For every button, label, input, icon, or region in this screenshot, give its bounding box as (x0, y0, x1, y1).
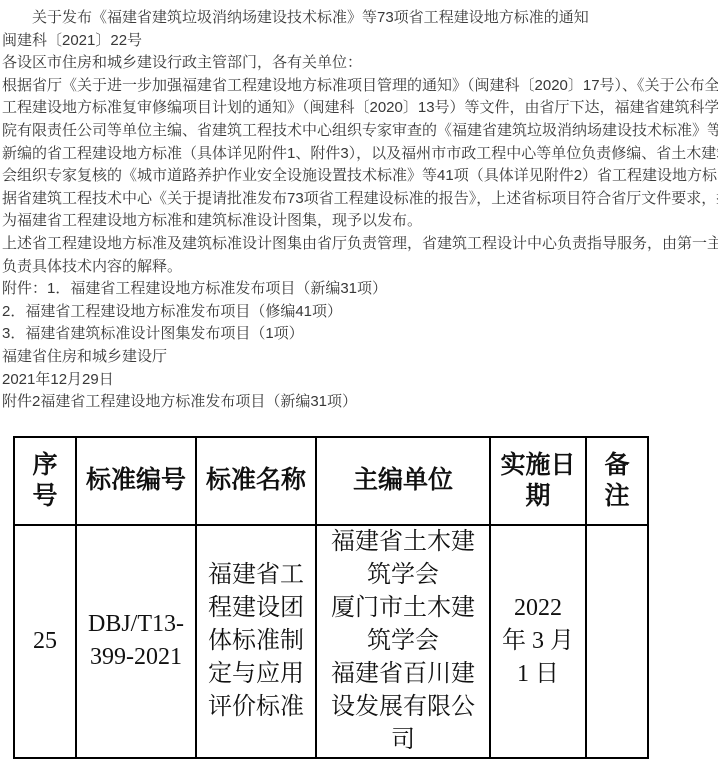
header-cell-impl-date: 实施日 期 (490, 437, 586, 525)
doc-number: 闽建科〔2021〕22号 (2, 30, 718, 53)
cell-remark (586, 525, 648, 758)
header-cell-standard-number: 标准编号 (76, 437, 196, 525)
cell-chief-editor: 福建省土木建 筑学会 厦门市土木建 筑学会 福建省百川建 设发展有限公 司 (316, 525, 490, 758)
attachment-list-item-3: 3．福建省建筑标准设计图集发布项目（1项） (2, 323, 718, 346)
standards-table: 序 号 标准编号 标准名称 主编单位 实施日 期 备 注 25 DBJ/T13-… (13, 436, 649, 759)
addressee-line: 各设区市住房和城乡建设行政主管部门，各有关单位： (2, 52, 718, 75)
header-cell-chief-editor: 主编单位 (316, 437, 490, 525)
body-line: 为福建省工程建设地方标准和建筑标准设计图集，现予以发布。 (2, 210, 718, 233)
header-cell-remark: 备 注 (586, 437, 648, 525)
body-line: 院有限责任公司等单位主编、省建筑工程技术中心组织专家审查的《福建省建筑垃圾消纳场… (2, 120, 718, 143)
attachment-list-item-1: 附件：1．福建省工程建设地方标准发布项目（新编31项） (2, 278, 718, 301)
cell-seq: 25 (14, 525, 76, 758)
body-line: 工程建设地方标准复审修编项目计划的通知》（闽建科〔2020〕13号）等文件，由省… (2, 97, 718, 120)
body-line: 据省建筑工程技术中心《关于提请批准发布73项省工程建设标准的报告》，上述省标项目… (2, 188, 718, 211)
attachment-list-item-2: 2．福建省工程建设地方标准发布项目（修编41项） (2, 301, 718, 324)
issuing-authority: 福建省住房和城乡建设厅 (2, 346, 718, 369)
header-cell-seq: 序 号 (14, 437, 76, 525)
issue-date: 2021年12月29日 (2, 369, 718, 392)
notice-title: 关于发布《福建省建筑垃圾消纳场建设技术标准》等73项省工程建设地方标准的通知 (2, 7, 718, 30)
body-line: 会组织专家复核的《城市道路养护作业安全设施设置技术标准》等41项（具体详见附件2… (2, 165, 718, 188)
notice-document: 关于发布《福建省建筑垃圾消纳场建设技术标准》等73项省工程建设地方标准的通知 闽… (0, 0, 718, 414)
body-line: 负责具体技术内容的解释。 (2, 256, 718, 279)
body-line: 根据省厅《关于进一步加强福建省工程建设地方标准项目管理的通知》（闽建科〔2020… (2, 75, 718, 98)
cell-standard-name: 福建省工 程建设团 体标准制 定与应用 评价标准 (196, 525, 316, 758)
body-line: 上述省工程建设地方标准及建筑标准设计图集由省厅负责管理，省建筑工程设计中心负责指… (2, 233, 718, 256)
cell-impl-date: 2022 年 3 月 1 日 (490, 525, 586, 758)
table-header-row: 序 号 标准编号 标准名称 主编单位 实施日 期 备 注 (14, 437, 648, 525)
body-line: 新编的省工程建设地方标准（具体详见附件1、附件3），以及福州市市政工程中心等单位… (2, 143, 718, 166)
header-cell-standard-name: 标准名称 (196, 437, 316, 525)
table-row: 25 DBJ/T13- 399-2021 福建省工 程建设团 体标准制 定与应用… (14, 525, 648, 758)
attachment2-caption: 附件2福建省工程建设地方标准发布项目（新编31项） (2, 391, 718, 414)
cell-standard-number: DBJ/T13- 399-2021 (76, 525, 196, 758)
